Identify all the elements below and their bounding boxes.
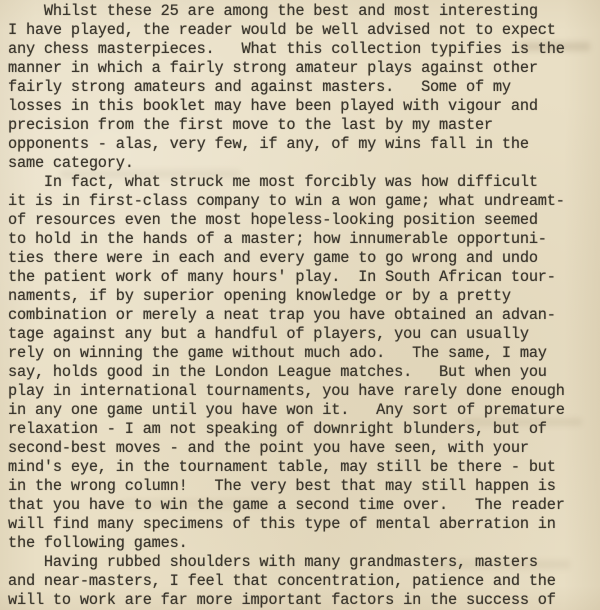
text-line: same category. [8, 154, 594, 173]
text-line: that you have to win the game a second t… [8, 496, 594, 515]
text-line: in the wrong column! The very best that … [8, 477, 594, 496]
text-line: Whilst these 25 are among the best and m… [8, 2, 594, 21]
text-line: I have played, the reader would be well … [8, 21, 594, 40]
text-line: will to work are far more important fact… [8, 591, 594, 610]
text-line: the following games. [8, 534, 594, 553]
text-line: of resources even the most hopeless-look… [8, 211, 594, 230]
text-line: naments, if by superior opening knowledg… [8, 287, 594, 306]
text-line: opponents - alas, very few, if any, of m… [8, 135, 594, 154]
text-line: precision from the first move to the las… [8, 116, 594, 135]
text-line: relaxation - I am not speaking of downri… [8, 420, 594, 439]
text-line: Having rubbed shoulders with many grandm… [8, 553, 594, 572]
text-line: will find many specimens of this type of… [8, 515, 594, 534]
page-text: Whilst these 25 are among the best and m… [8, 2, 594, 610]
text-line: mind's eye, in the tournament table, may… [8, 458, 594, 477]
scanned-page: Whilst these 25 are among the best and m… [0, 0, 600, 610]
text-line: manner in which a fairly strong amateur … [8, 59, 594, 78]
text-line: it is in first-class company to win a wo… [8, 192, 594, 211]
text-line: ties there were in each and every game t… [8, 249, 594, 268]
text-line: second-best moves - and the point you ha… [8, 439, 594, 458]
text-line: tage against any but a handful of player… [8, 325, 594, 344]
text-line: In fact, what struck me most forcibly wa… [8, 173, 594, 192]
text-line: the patient work of many hours' play. In… [8, 268, 594, 287]
text-line: say, holds good in the London League mat… [8, 363, 594, 382]
text-line: losses in this booklet may have been pla… [8, 97, 594, 116]
text-line: play in international tournaments, you h… [8, 382, 594, 401]
text-line: in any one game until you have won it. A… [8, 401, 594, 420]
text-line: to hold in the hands of a master; how in… [8, 230, 594, 249]
text-line: rely on winning the game without much ad… [8, 344, 594, 363]
text-line: and near-masters, I feel that concentrat… [8, 572, 594, 591]
text-line: fairly strong amateurs and against maste… [8, 78, 594, 97]
text-line: combination or merely a neat trap you ha… [8, 306, 594, 325]
text-line: any chess masterpieces. What this collec… [8, 40, 594, 59]
